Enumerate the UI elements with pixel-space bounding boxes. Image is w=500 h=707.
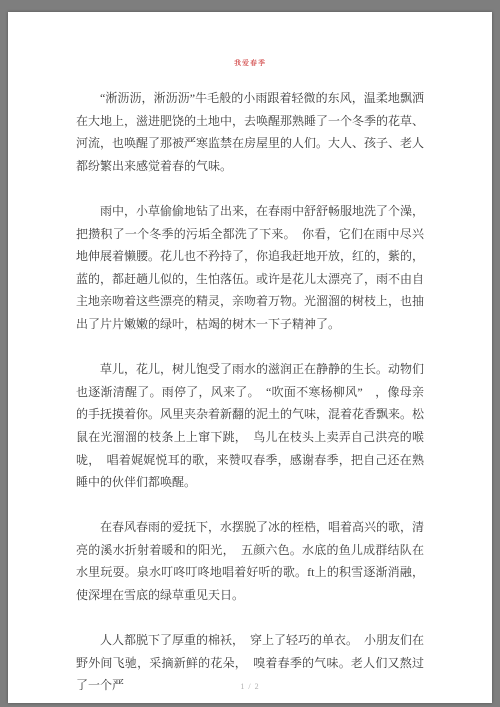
paragraph-3: 草儿，花儿，树儿饱受了雨水的滋润正在静静的生长。动物们也逐渐清醒了。雨停了，风来… xyxy=(76,358,424,494)
document-title: 我爱春季 xyxy=(8,58,492,68)
document-body: “淅沥沥，淅沥沥”牛毛般的小雨跟着轻微的东风，温柔地飘洒在大地上，滋进肥饶的土地… xyxy=(76,87,424,697)
paragraph-2: 雨中，小草偷偷地钻了出来，在春雨中舒舒畅服地洗了个澡，把攒积了一个冬季的污垢全都… xyxy=(76,200,424,336)
page-number-indicator: 1 / 2 xyxy=(8,682,492,691)
paragraph-4: 在春风春雨的爱抚下，水摆脱了冰的桎梏，唱着高兴的歌，清亮的溪水折射着暖和的阳光，… xyxy=(76,516,424,606)
document-viewer: 我爱春季 “淅沥沥，淅沥沥”牛毛般的小雨跟着轻微的东风，温柔地飘洒在大地上，滋进… xyxy=(0,0,500,707)
document-page: 我爱春季 “淅沥沥，淅沥沥”牛毛般的小雨跟着轻微的东风，温柔地飘洒在大地上，滋进… xyxy=(8,12,492,703)
paragraph-1: “淅沥沥，淅沥沥”牛毛般的小雨跟着轻微的东风，温柔地飘洒在大地上，滋进肥饶的土地… xyxy=(76,87,424,177)
